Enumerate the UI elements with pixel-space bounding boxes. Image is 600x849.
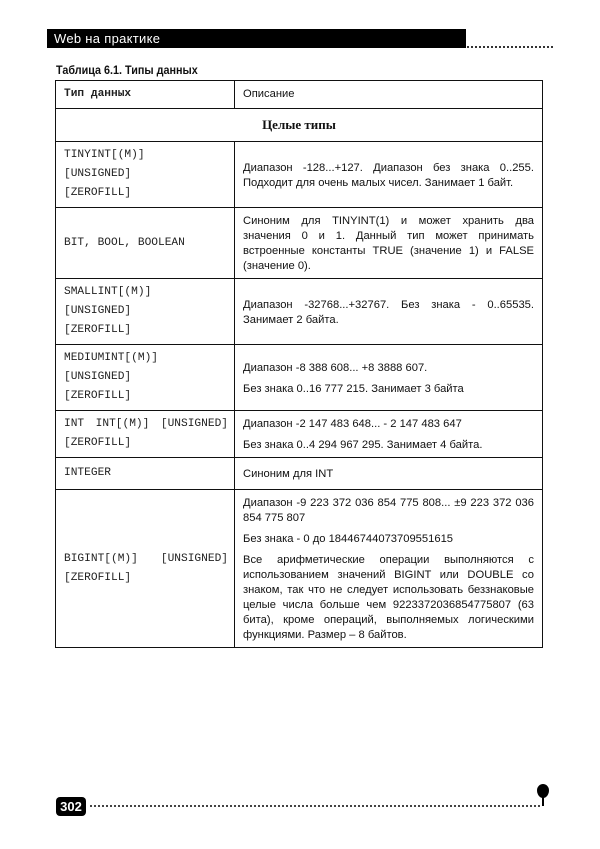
type-line: MEDIUMINT[(M)] bbox=[64, 349, 228, 368]
description-cell: Синоним для TINYINT(1) и может хранить д… bbox=[235, 208, 543, 279]
description-cell: Диапазон -2 147 483 648... - 2 147 483 6… bbox=[235, 411, 543, 458]
description-paragraph: Без знака 0..4 294 967 295. Занимает 4 б… bbox=[243, 438, 534, 453]
type-line: SMALLINT[(M)] bbox=[64, 283, 228, 302]
description-paragraph: Диапазон -9 223 372 036 854 775 808... ±… bbox=[243, 496, 534, 526]
description-paragraph: Диапазон -2 147 483 648... - 2 147 483 6… bbox=[243, 417, 534, 432]
type-cell: BIGINT[(M)] [UNSIGNED] [ZEROFILL] bbox=[56, 490, 235, 648]
description-paragraph: Все арифметические операции выполняются … bbox=[243, 553, 534, 643]
description-paragraph: Без знака 0..16 777 215. Занимает 3 байт… bbox=[243, 382, 534, 397]
section-title: Целые типы bbox=[56, 109, 543, 142]
footer-dotted-rule bbox=[90, 805, 540, 807]
description-paragraph: Синоним для INT bbox=[243, 467, 534, 482]
description-cell: Диапазон -128...+127. Диапазон без знака… bbox=[235, 142, 543, 208]
type-line: [ZEROFILL] bbox=[64, 184, 228, 203]
description-paragraph: Диапазон -128...+127. Диапазон без знака… bbox=[243, 161, 534, 191]
table-caption: Таблица 6.1. Типы данных bbox=[56, 63, 198, 77]
running-header: Web на практике bbox=[47, 29, 466, 48]
type-cell: SMALLINT[(M)][UNSIGNED][ZEROFILL] bbox=[56, 279, 235, 345]
bullet-stem bbox=[542, 797, 544, 806]
table-row: INTEGERСиноним для INT bbox=[56, 458, 543, 490]
table-header-row: Тип данных Описание bbox=[56, 81, 543, 109]
description-cell: Синоним для INT bbox=[235, 458, 543, 490]
type-line: BIGINT[(M)] [UNSIGNED] [ZEROFILL] bbox=[64, 550, 228, 588]
table-row: MEDIUMINT[(M)][UNSIGNED][ZEROFILL]Диапаз… bbox=[56, 345, 543, 411]
type-line: [ZEROFILL] bbox=[64, 321, 228, 340]
table-row: INT INT[(M)] [UNSIGNED] [ZEROFILL]Диапаз… bbox=[56, 411, 543, 458]
section-row: Целые типы bbox=[56, 109, 543, 142]
type-cell: MEDIUMINT[(M)][UNSIGNED][ZEROFILL] bbox=[56, 345, 235, 411]
type-line: [UNSIGNED] bbox=[64, 302, 228, 321]
header-type: Тип данных bbox=[56, 81, 235, 109]
type-line: [UNSIGNED] bbox=[64, 165, 228, 184]
type-line: TINYINT[(M)] bbox=[64, 146, 228, 165]
description-cell: Диапазон -9 223 372 036 854 775 808... ±… bbox=[235, 490, 543, 648]
type-line: [UNSIGNED] bbox=[64, 368, 228, 387]
description-paragraph: Диапазон -32768...+32767. Без знака - 0.… bbox=[243, 298, 534, 328]
bullet-marker-icon bbox=[537, 784, 549, 798]
description-cell: Диапазон -8 388 608... +8 3888 607.Без з… bbox=[235, 345, 543, 411]
description-paragraph: Синоним для TINYINT(1) и может хранить д… bbox=[243, 214, 534, 274]
header-dotted-rule bbox=[467, 46, 553, 48]
type-line: [ZEROFILL] bbox=[64, 387, 228, 406]
type-cell: INTEGER bbox=[56, 458, 235, 490]
type-cell: TINYINT[(M)][UNSIGNED][ZEROFILL] bbox=[56, 142, 235, 208]
data-types-table: Тип данных Описание Целые типы TINYINT[(… bbox=[55, 80, 543, 648]
header-description: Описание bbox=[235, 81, 543, 109]
type-line: INTEGER bbox=[64, 464, 228, 483]
table-row: TINYINT[(M)][UNSIGNED][ZEROFILL]Диапазон… bbox=[56, 142, 543, 208]
description-paragraph: Без знака - 0 до 18446744073709551615 bbox=[243, 532, 534, 547]
type-line: INT INT[(M)] [UNSIGNED] [ZEROFILL] bbox=[64, 415, 228, 453]
table-row: BIGINT[(M)] [UNSIGNED] [ZEROFILL]Диапазо… bbox=[56, 490, 543, 648]
type-cell: INT INT[(M)] [UNSIGNED] [ZEROFILL] bbox=[56, 411, 235, 458]
page-number: 302 bbox=[56, 797, 86, 816]
type-cell: BIT, BOOL, BOOLEAN bbox=[56, 208, 235, 279]
type-line: BIT, BOOL, BOOLEAN bbox=[64, 234, 228, 253]
table-row: SMALLINT[(M)][UNSIGNED][ZEROFILL]Диапазо… bbox=[56, 279, 543, 345]
description-paragraph: Диапазон -8 388 608... +8 3888 607. bbox=[243, 361, 534, 376]
table-row: BIT, BOOL, BOOLEANСиноним для TINYINT(1)… bbox=[56, 208, 543, 279]
description-cell: Диапазон -32768...+32767. Без знака - 0.… bbox=[235, 279, 543, 345]
